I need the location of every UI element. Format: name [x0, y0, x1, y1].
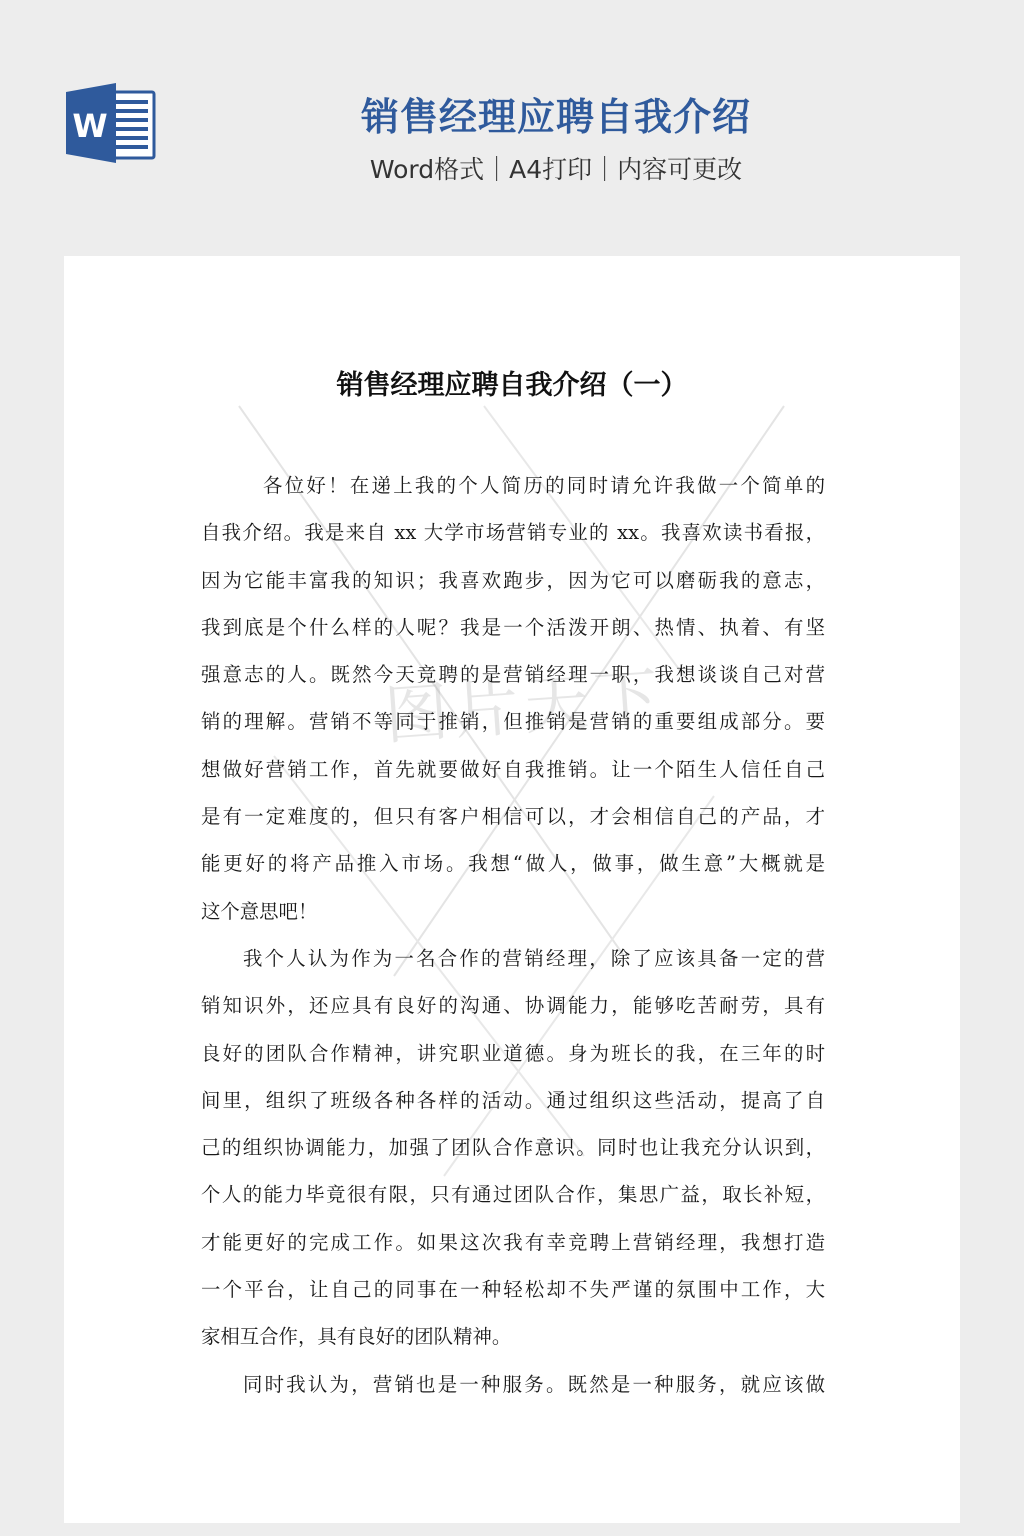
text-line: 是有一定难度的，但只有客户相信可以，才会相信自己的产品，才 — [201, 793, 825, 840]
document-page: 图片天下 销售经理应聘自我介绍（一） 各位好！在递上我的个人简历的同时请允许我做… — [64, 256, 960, 1523]
text-line: 一个平台，让自己的同事在一种轻松却不失严谨的氛围中工作，大 — [201, 1266, 825, 1313]
text-line: 我个人认为作为一名合作的营销经理，除了应该具备一定的营 — [201, 935, 825, 982]
svg-text:W: W — [72, 107, 107, 145]
text-line: 才能更好的完成工作。如果这次我有幸竞聘上营销经理，我想打造 — [201, 1219, 825, 1266]
text-line: 己的组织协调能力，加强了团队合作意识。同时也让我充分认识到， — [201, 1124, 825, 1171]
text-line: 个人的能力毕竟很有限，只有通过团队合作，集思广益，取长补短， — [201, 1171, 825, 1218]
text-line: 自我介绍。我是来自 xx 大学市场营销专业的 xx。我喜欢读书看报， — [201, 509, 825, 556]
text-line: 因为它能丰富我的知识；我喜欢跑步，因为它可以磨砺我的意志， — [201, 557, 825, 604]
text-line: 想做好营销工作，首先就要做好自我推销。让一个陌生人信任自己 — [201, 746, 825, 793]
text-line: 同时我认为，营销也是一种服务。既然是一种服务，就应该做 — [201, 1361, 825, 1408]
document-title: 销售经理应聘自我介绍（一） — [64, 366, 960, 406]
text-line: 家相互合作，具有良好的团队精神。 — [201, 1313, 825, 1360]
text-line: 这个意思吧！ — [201, 888, 825, 935]
text-line: 强意志的人。既然今天竞聘的是营销经理一职，我想谈谈自己对营 — [201, 651, 825, 698]
text-line: 间里，组织了班级各种各样的活动。通过组织这些活动，提高了自 — [201, 1077, 825, 1124]
word-document-icon: W — [64, 82, 156, 164]
text-line: 各位好！在递上我的个人简历的同时请允许我做一个简单的 — [201, 462, 825, 509]
banner-subtitle: Word格式｜A4打印｜内容可更改 — [300, 152, 812, 188]
text-line: 销的理解。营销不等同于推销，但推销是营销的重要组成部分。要 — [201, 698, 825, 745]
document-body: 各位好！在递上我的个人简历的同时请允许我做一个简单的 自我介绍。我是来自 xx … — [201, 462, 825, 1408]
text-line: 能更好的将产品推入市场。我想“做人，做事，做生意”大概就是 — [201, 840, 825, 887]
text-line: 销知识外，还应具有良好的沟通、协调能力，能够吃苦耐劳，具有 — [201, 982, 825, 1029]
text-line: 良好的团队合作精神，讲究职业道德。身为班长的我，在三年的时 — [201, 1030, 825, 1077]
banner-title: 销售经理应聘自我介绍 — [300, 92, 812, 142]
text-line: 我到底是个什么样的人呢？我是一个活泼开朗、热情、执着、有坚 — [201, 604, 825, 651]
